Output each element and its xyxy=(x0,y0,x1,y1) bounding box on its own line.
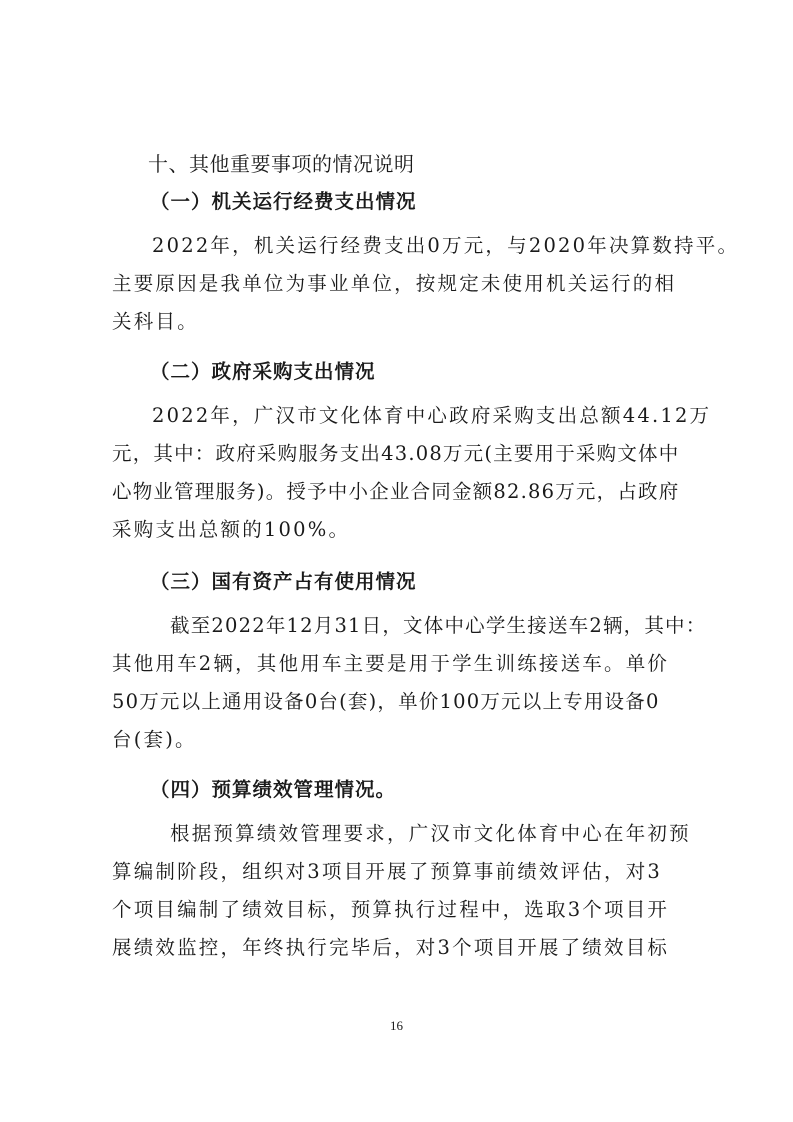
paragraph-line: 心物业管理服务)。授予中小企业合同金额82.86万元，占政府 xyxy=(112,478,702,506)
paragraph-line: 2022年，广汉市文化体育中心政府采购支出总额44.12万 xyxy=(152,402,742,430)
paragraph-line: 根据预算绩效管理要求，广汉市文化体育中心在年初预 xyxy=(170,820,760,848)
paragraph-line: 关科目。 xyxy=(112,308,702,336)
subsection-heading-2: （二）政府采购支出情况 xyxy=(150,358,740,386)
paragraph-line: 个项目编制了绩效目标，预算执行过程中，选取3个项目开 xyxy=(112,896,702,924)
subsection-heading-1: （一）机关运行经费支出情况 xyxy=(150,188,740,216)
page-number: 16 xyxy=(0,1018,793,1034)
paragraph-line: 采购支出总额的100%。 xyxy=(112,516,702,544)
paragraph-line: 算编制阶段，组织对3项目开展了预算事前绩效评估，对3 xyxy=(112,858,702,886)
paragraph-line: 展绩效监控，年终执行完毕后，对3个项目开展了绩效目标 xyxy=(112,934,702,962)
paragraph-line: 其他用车2辆，其他用车主要是用于学生训练接送车。单价 xyxy=(112,650,702,678)
subsection-heading-4: （四）预算绩效管理情况。 xyxy=(150,776,740,804)
paragraph-line: 主要原因是我单位为事业单位，按规定未使用机关运行的相 xyxy=(112,270,702,298)
paragraph-line: 50万元以上通用设备0台(套)，单价100万元以上专用设备0 xyxy=(112,688,702,716)
subsection-heading-3: （三）国有资产占有使用情况 xyxy=(150,568,740,596)
paragraph-line: 元，其中：政府采购服务支出43.08万元(主要用于采购文体中 xyxy=(112,440,702,468)
paragraph-line: 2022年，机关运行经费支出0万元，与2020年决算数持平。 xyxy=(152,232,742,260)
section-title: 十、其他重要事项的情况说明 xyxy=(148,150,738,178)
document-page: 十、其他重要事项的情况说明 （一）机关运行经费支出情况 2022年，机关运行经费… xyxy=(0,0,793,1122)
paragraph-line: 截至2022年12月31日，文体中心学生接送车2辆，其中： xyxy=(170,612,760,640)
paragraph-line: 台(套)。 xyxy=(112,726,702,754)
